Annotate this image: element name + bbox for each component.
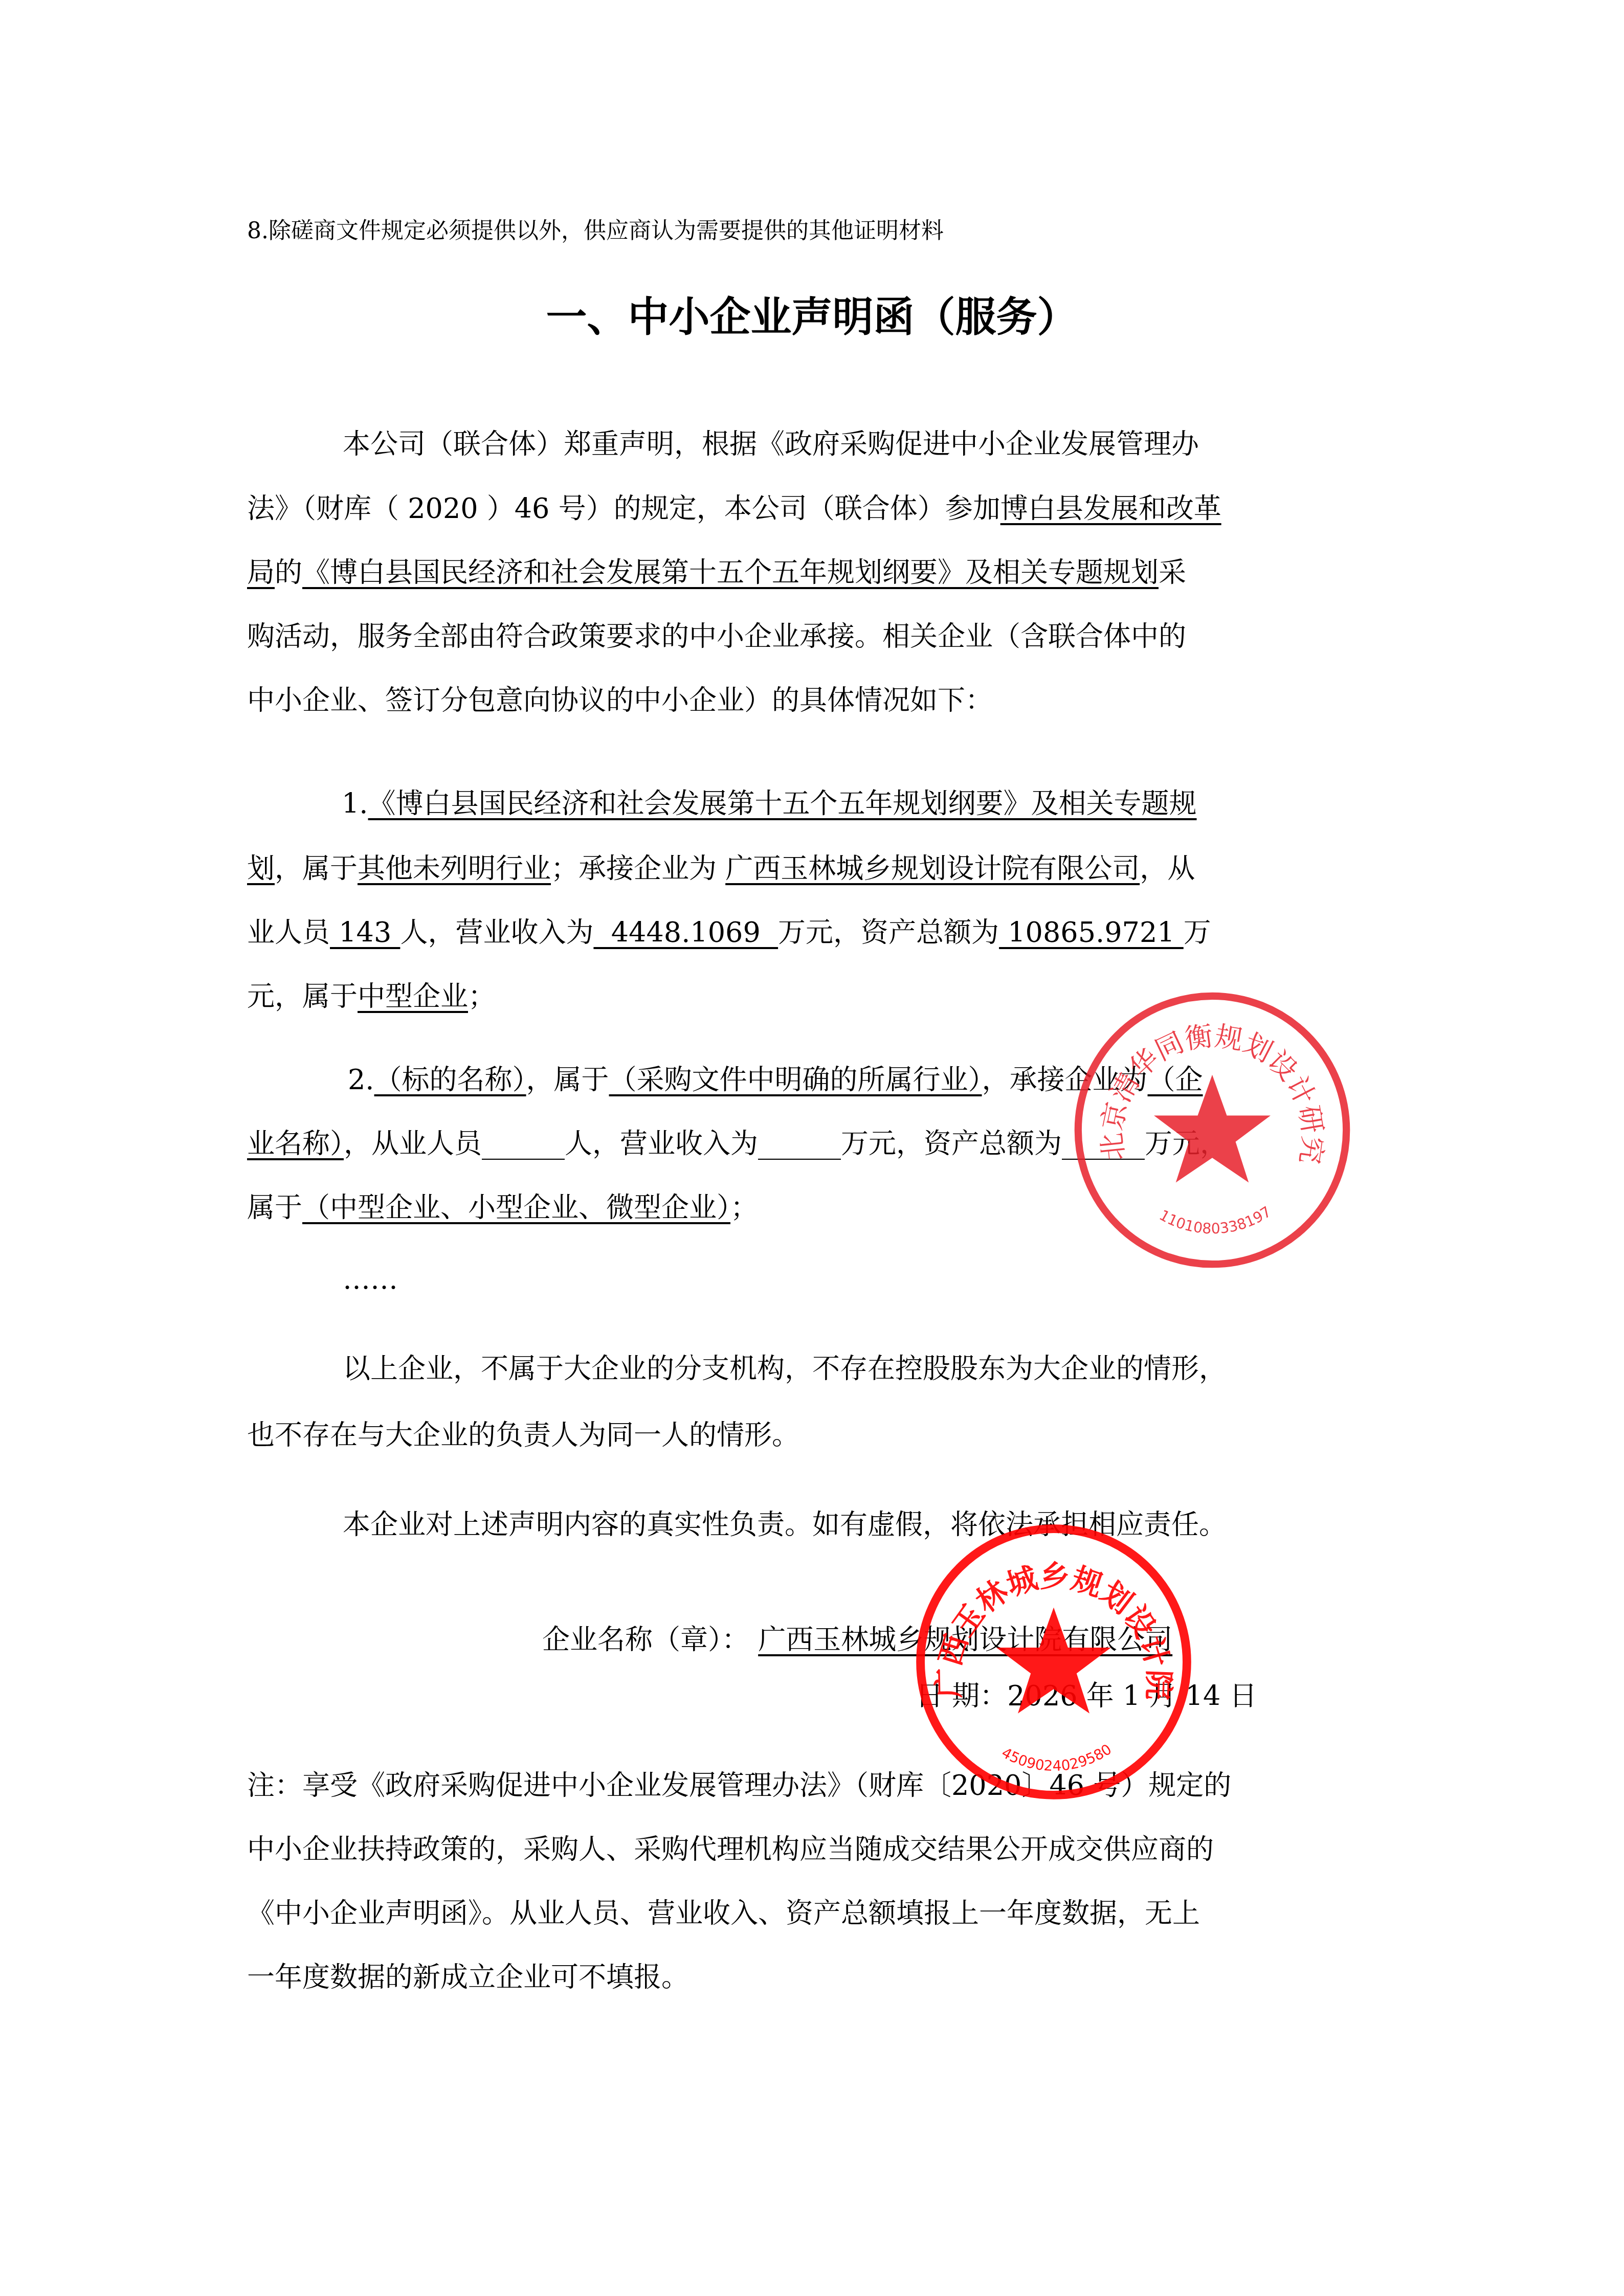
purchaser-name: 博白县发展和改革 [1000,492,1221,525]
text: 人，营业收入为 [565,1128,758,1160]
text: 业人员 [247,916,330,949]
text: ，从业人员 [344,1128,482,1160]
svg-text:广西玉林城乡规划设计院有限公司: 广西玉林城乡规划设计院有限公司 [910,1519,1177,1701]
text: ； [468,980,496,1012]
item1-line-2: 划，属于其他未列明行业；承接企业为 广西玉林城乡规划设计院有限公司，从 [247,855,1195,883]
item-number: 2. [348,1064,374,1096]
text: 人，营业收入为 [400,916,593,949]
intro-line-2: 法》（财库（ 2020 ）46 号）的规定，本公司（联合体）参加博白县发展和改革 [247,495,1221,523]
note-line-3: 《中小企业声明函》。从业人员、营业收入、资产总额填报上一年度数据，无上 [247,1900,1200,1927]
item2-company: （企 [1148,1064,1203,1096]
item1-line-1: 1.《博白县国民经济和社会发展第十五个五年规划纲要》及相关专题规 [342,790,1197,818]
item2-industry: （采购文件中明确的所属行业） [609,1064,982,1096]
item1-industry: 其他未列明行业 [358,852,551,885]
page-title: 一、中小企业声明函（服务） [0,284,1624,343]
item2-size: （中型企业、小型企业、微型企业） [302,1191,730,1224]
statement-1a: 以上企业，不属于大企业的分支机构，不存在控股股东为大企业的情形， [343,1355,1227,1383]
note-line-1: 注：享受《政府采购促进中小企业发展管理办法》（财库〔2020〕46 号）规定的 [247,1772,1231,1799]
intro-text: 采 [1159,556,1186,589]
text: 万 [1184,916,1211,949]
note-line-2: 中小企业扶持政策的，采购人、采购代理机构应当随成交结果公开成交供应商的 [247,1836,1214,1863]
intro-line-3: 局的《博白县国民经济和社会发展第十五个五年规划纲要》及相关专题规划采 [247,559,1186,587]
company-seal-2: 广西玉林城乡规划设计院有限公司 4509024029580 [910,1519,1197,1805]
item2-company-end: 业名称） [247,1128,344,1160]
text: ；承接企业为 [551,852,725,885]
svg-text:1101080338197: 1101080338197 [1156,1203,1274,1237]
item1-line-4: 元，属于中型企业； [247,983,496,1010]
item1-size: 中型企业 [358,980,468,1012]
intro-line-1: 本公司（联合体）郑重声明，根据《政府采购促进中小企业发展管理办 [343,431,1199,458]
text: 元，属于 [247,980,358,1012]
item1-employees: 143 [330,916,400,949]
project-name: 《博白县国民经济和社会发展第十五个五年规划纲要》及相关专题规划 [302,556,1159,589]
item-number: 1. [342,787,368,820]
item1-project-end: 划 [247,852,275,885]
signature-date: 日 期：2026 年 1 月 14 日 [916,1682,1257,1710]
item2-line-1: 2.（标的名称），属于（采购文件中明确的所属行业），承接企业为（企 [348,1066,1203,1094]
text: 万元，资产总额为 [778,916,999,949]
item2-line-3: 属于（中型企业、小型企业、微型企业）； [247,1194,758,1222]
note-line-4: 一年度数据的新成立企业可不填报。 [247,1964,689,1991]
text: ，属于 [275,852,358,885]
statement-1b: 也不存在与大企业的负责人为同一人的情形。 [247,1422,799,1449]
text: 属于 [247,1191,302,1224]
intro-line-4: 购活动，服务全部由符合政策要求的中小企业承接。相关企业（含联合体中的 [247,623,1186,650]
declaration-page: 8.除磋商文件规定必须提供以外，供应商认为需要提供的其他证明材料 一、中小企业声… [0,0,1624,2296]
text: ，从 [1140,852,1195,885]
item1-revenue: 4448.1069 [593,916,778,949]
seal-icon: 广西玉林城乡规划设计院有限公司 4509024029580 [910,1519,1197,1805]
item1-company: 广西玉林城乡规划设计院有限公司 [725,852,1140,885]
statement-2: 本企业对上述声明内容的真实性负责。如有虚假，将依法承担相应责任。 [343,1511,1227,1539]
intro-text: 的 [275,556,302,589]
item1-project: 《博白县国民经济和社会发展第十五个五年规划纲要》及相关专题规 [368,787,1197,820]
purchaser-name-end: 局 [247,556,275,589]
item2-assets-blank: ______ [1062,1128,1145,1160]
text: ，属于 [526,1064,609,1096]
signature-label: 企业名称（章）： [542,1624,749,1656]
signature-company: 广西玉林城乡规划设计院有限公司 [758,1624,1172,1656]
item2-line-2: 业名称），从业人员______人，营业收入为______万元，资产总额为____… [247,1130,1228,1158]
item1-assets: 10865.9721 [999,916,1184,949]
text: ，承接企业为 [982,1064,1148,1096]
intro-line-5: 中小企业、签订分包意向协议的中小企业）的具体情况如下： [247,687,993,714]
ellipsis: …… [343,1266,398,1293]
item2-employees-blank: ______ [482,1128,565,1160]
signature-line: 企业名称（章）： 广西玉林城乡规划设计院有限公司 [542,1626,1172,1654]
text: 万元，资产总额为 [841,1128,1062,1160]
text: 万元， [1145,1128,1228,1160]
header-note: 8.除磋商文件规定必须提供以外，供应商认为需要提供的其他证明材料 [247,220,944,242]
item1-line-3: 业人员 143 人，营业收入为 4448.1069 万元，资产总额为 10865… [247,919,1211,947]
item2-revenue-blank: ______ [758,1128,841,1160]
text: ； [730,1191,758,1224]
intro-text: 法》（财库（ 2020 ）46 号）的规定，本公司（联合体）参加 [247,492,1000,525]
item2-name: （标的名称） [374,1064,526,1096]
